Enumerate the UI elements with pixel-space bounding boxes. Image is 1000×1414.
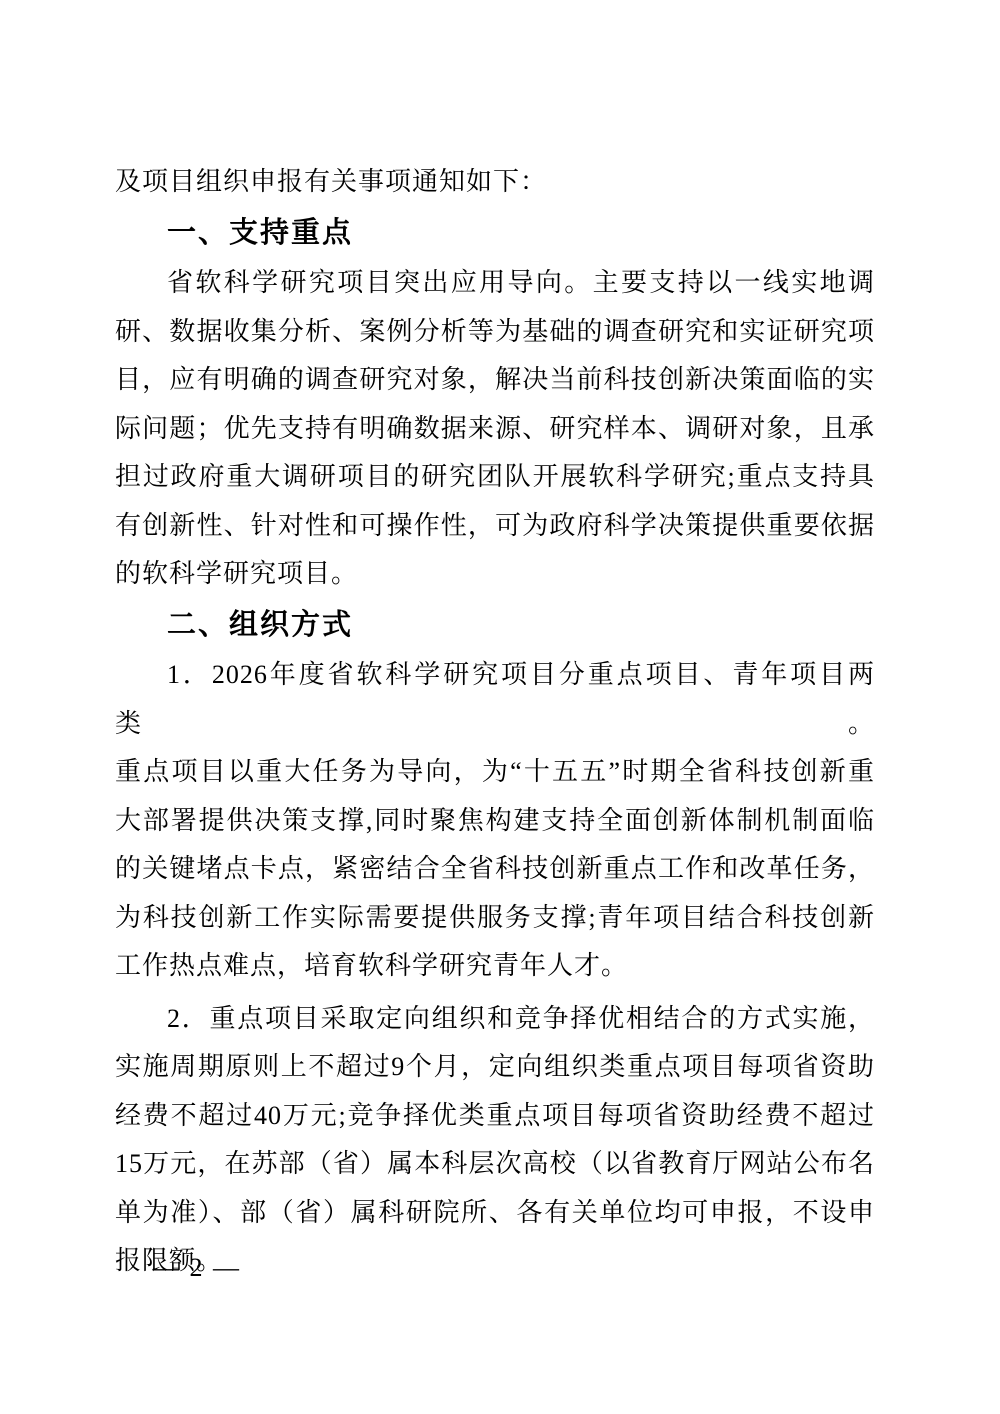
page-footer: — 2 — bbox=[153, 1244, 241, 1293]
paragraph-line: 2．重点项目采取定向组织和竞争择优相结合的方式实施， bbox=[115, 995, 875, 1044]
paragraph-line: 目，应有明确的调查研究对象，解决当前科技创新决策面临的实 bbox=[115, 356, 875, 405]
paragraph-line: 省软科学研究项目突出应用导向。主要支持以一线实地调 bbox=[115, 259, 875, 308]
paragraph-line: 单为准）、部（省）属科研院所、各有关单位均可申报，不设申 bbox=[115, 1189, 875, 1238]
paragraph-line: 际问题；优先支持有明确数据来源、研究样本、调研对象，且承 bbox=[115, 405, 875, 454]
paragraph-line: 担过政府重大调研项目的研究团队开展软科学研究;重点支持具 bbox=[115, 453, 875, 502]
paragraph-line: 有创新性、针对性和可操作性，可为政府科学决策提供重要依据 bbox=[115, 502, 875, 551]
paragraph-last-line: 工作热点难点，培育软科学研究青年人才。 bbox=[115, 942, 875, 991]
document-page: 及项目组织申报有关事项通知如下： 一、支持重点 省软科学研究项目突出应用导向。主… bbox=[0, 0, 1000, 1414]
paragraph-line: 大部署提供决策支撑,同时聚焦构建支持全面创新体制机制面临 bbox=[115, 797, 875, 846]
section-heading-support-focus: 一、支持重点 bbox=[115, 209, 875, 258]
page-number: — 2 — bbox=[153, 1253, 241, 1282]
paragraph-line: 15万元，在苏部（省）属本科层次高校（以省教育厅网站公布名 bbox=[115, 1140, 875, 1189]
section-heading-organization-method: 二、组织方式 bbox=[115, 601, 875, 650]
document-body: 及项目组织申报有关事项通知如下： 一、支持重点 省软科学研究项目突出应用导向。主… bbox=[115, 158, 875, 1286]
continuation-line: 及项目组织申报有关事项通知如下： bbox=[115, 158, 875, 207]
paragraph-line: 实施周期原则上不超过9个月，定向组织类重点项目每项省资助 bbox=[115, 1043, 875, 1092]
paragraph-line: 经费不超过40万元;竞争择优类重点项目每项省资助经费不超过 bbox=[115, 1092, 875, 1141]
paragraph-line: 的关键堵点卡点，紧密结合全省科技创新重点工作和改革任务， bbox=[115, 845, 875, 894]
paragraph-last-line: 的软科学研究项目。 bbox=[115, 550, 875, 599]
paragraph-line: 重点项目以重大任务为导向，为“十五五”时期全省科技创新重 bbox=[115, 748, 875, 797]
paragraph-line: 研、数据收集分析、案例分析等为基础的调查研究和实证研究项 bbox=[115, 308, 875, 357]
paragraph-line: 为科技创新工作实际需要提供服务支撑;青年项目结合科技创新 bbox=[115, 894, 875, 943]
paragraph-line: 1．2026年度省软科学研究项目分重点项目、青年项目两类。 bbox=[115, 651, 875, 748]
